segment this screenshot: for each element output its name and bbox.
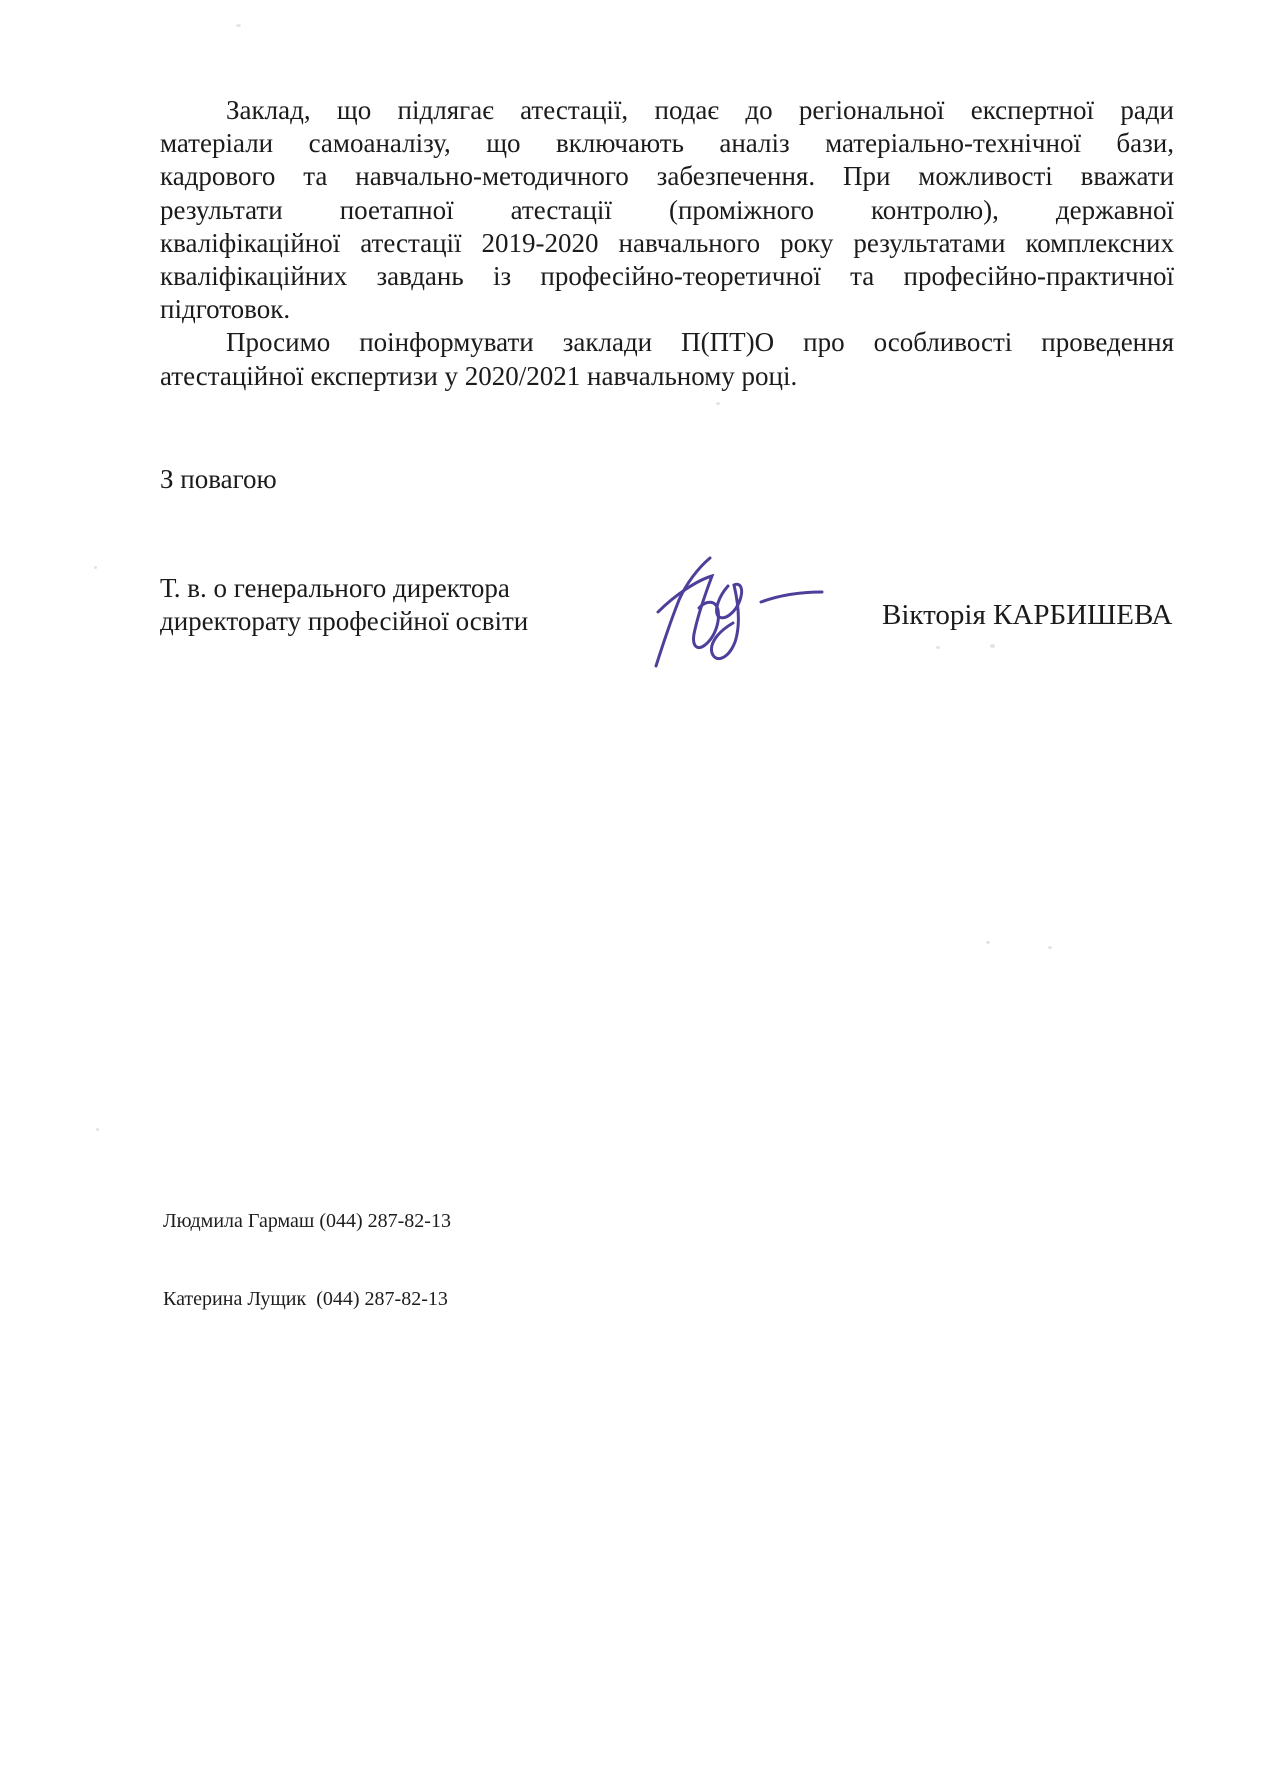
paragraph1-line: підготовок. — [160, 293, 1174, 326]
closing-salutation: З повагою — [160, 464, 277, 495]
scan-speck — [236, 24, 241, 27]
paragraph1-line: матеріали самоаналізу, що включають анал… — [160, 127, 1174, 160]
scan-speck — [1048, 946, 1052, 949]
contact-line: Катерина Лущик (044) 287-82-13 — [163, 1286, 451, 1312]
scanned-letter-page: Заклад, що підлягає атестації, подає до … — [0, 0, 1274, 1778]
scan-speck — [936, 646, 940, 649]
paragraph2-line: Просимо поінформувати заклади П(ПТ)О про… — [160, 326, 1174, 359]
signer-title-line2: директорату професійної освіти — [160, 605, 680, 638]
handwritten-signature-ink — [648, 552, 843, 682]
scan-speck — [716, 402, 720, 405]
paragraph1-line: кваліфікаційних завдань із професійно-те… — [160, 260, 1174, 293]
paragraph1-line: кадрового та навчально-методичного забез… — [160, 160, 1174, 193]
paragraph2-line: атестаційної експертизи у 2020/2021 навч… — [160, 360, 1174, 393]
contact-line: Людмила Гармаш (044) 287-82-13 — [163, 1208, 451, 1234]
scan-speck — [990, 644, 995, 648]
paragraph1-line: кваліфікаційної атестації 2019-2020 навч… — [160, 227, 1174, 260]
scan-speck — [96, 1128, 99, 1131]
paragraph1-line: результати поетапної атестації (проміжно… — [160, 194, 1174, 227]
signer-name: Вікторія КАРБИШЕВА — [882, 599, 1172, 632]
scan-speck — [94, 566, 97, 569]
signer-title: Т. в. о генерального директора директора… — [160, 572, 680, 638]
signer-title-line1: Т. в. о генерального директора — [160, 572, 680, 605]
letter-body: Заклад, що підлягає атестації, подає до … — [160, 94, 1174, 393]
paragraph1-line: Заклад, що підлягає атестації, подає до … — [160, 94, 1174, 127]
contact-persons: Людмила Гармаш (044) 287-82-13 Катерина … — [163, 1156, 451, 1364]
scan-speck — [986, 941, 990, 944]
